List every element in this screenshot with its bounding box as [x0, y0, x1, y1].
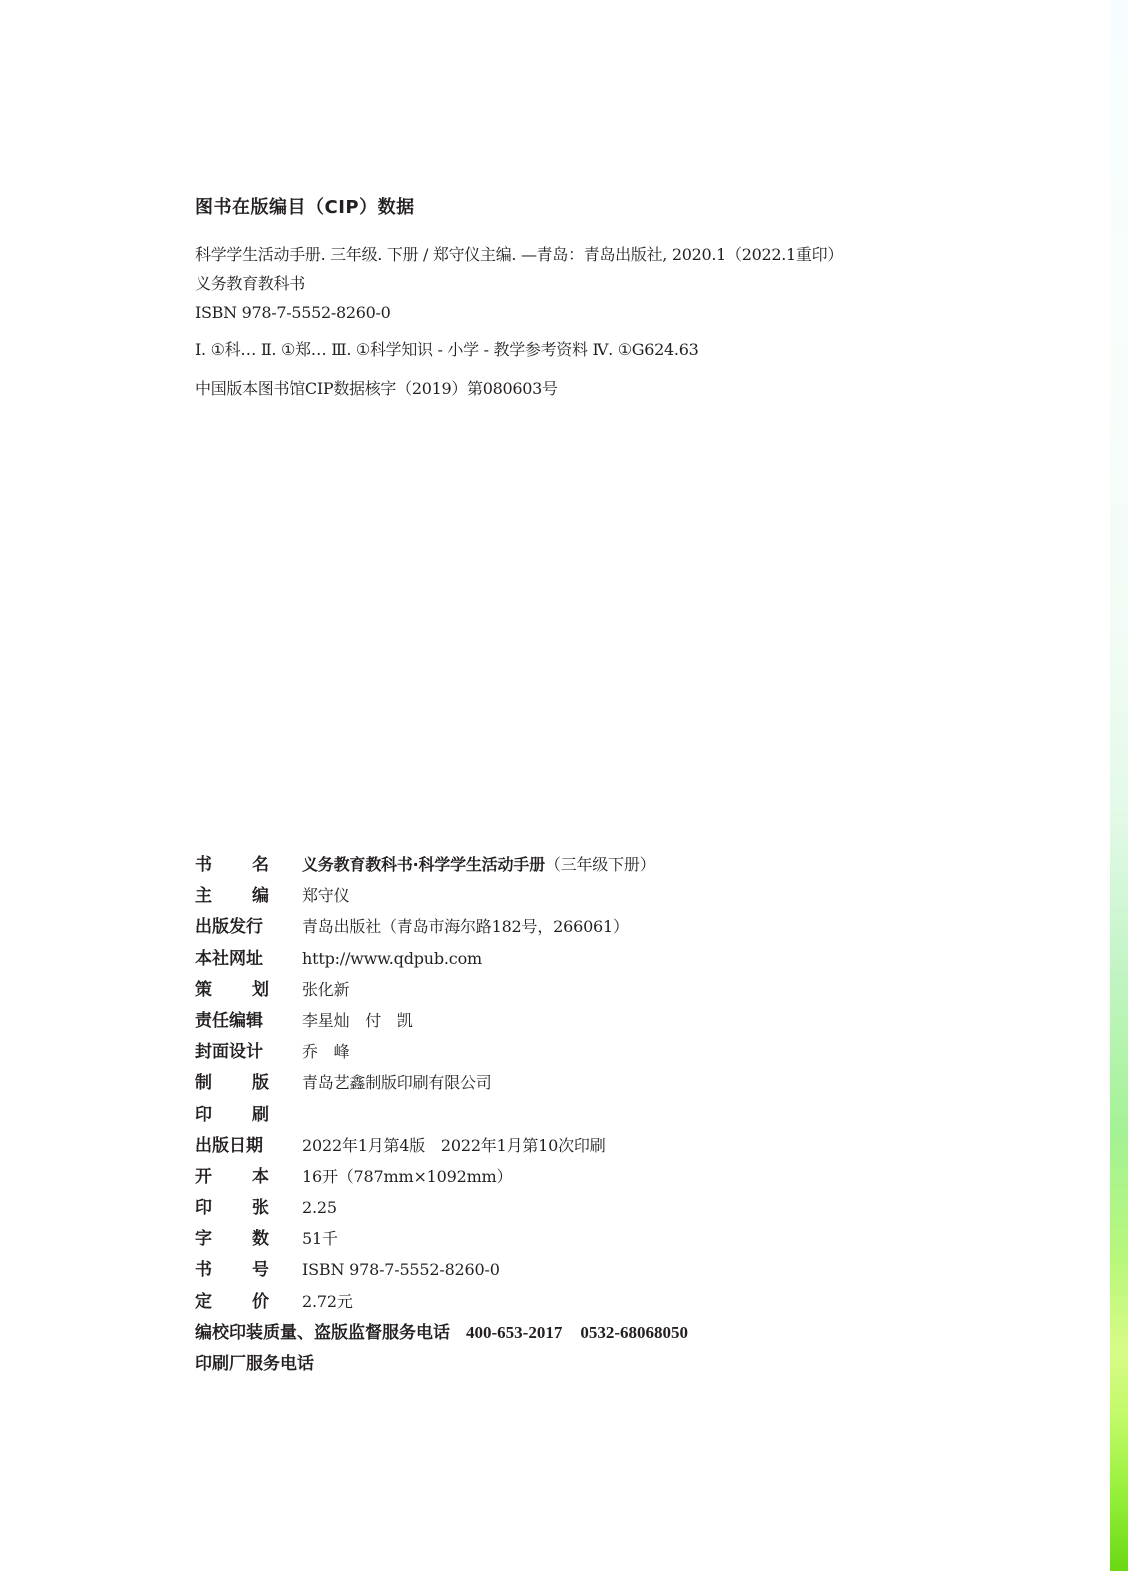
label-char: 定 — [195, 1287, 212, 1312]
colophon-row-publication-date: 出版日期 2022年1月第4版 2022年1月第10次印刷 — [195, 1131, 688, 1162]
colophon-block: 书 名 义务教育教科书·科学学生活动手册（三年级下册） 主 编 郑守仪 出版发行… — [195, 850, 688, 1380]
quality-hotline-phones: 400-653-20170532-68068050 — [466, 1323, 688, 1343]
cip-bibliographic-line: 科学学生活动手册. 三年级. 下册 / 郑守仪主编. —青岛：青岛出版社, 20… — [195, 240, 995, 269]
printer-hotline-label: 印刷厂服务电话 — [195, 1349, 314, 1374]
colophon-row-format: 开 本 16开（787mm×1092mm） — [195, 1162, 688, 1193]
colophon-label: 书 号 — [195, 1255, 269, 1280]
cip-approval-number-line: 中国版本图书馆CIP数据核字（2019）第080603号 — [195, 374, 995, 403]
colophon-value: 青岛出版社（青岛市海尔路182号，266061） — [302, 914, 629, 937]
colophon-row-plate-making: 制 版 青岛艺鑫制版印刷有限公司 — [195, 1068, 688, 1099]
label-char: 价 — [252, 1287, 269, 1312]
hotline-phone-1: 400-653-2017 — [466, 1323, 562, 1342]
label-char: 编 — [252, 881, 269, 906]
colophon-label: 责任编辑 — [195, 1006, 302, 1031]
label-char: 开 — [195, 1162, 212, 1187]
label-char: 划 — [252, 975, 269, 1000]
colophon-row-printing: 印 刷 — [195, 1100, 688, 1131]
colophon-label: 封面设计 — [195, 1037, 302, 1062]
colophon-row-price: 定 价 2.72元 — [195, 1287, 688, 1318]
cip-classification-line: Ⅰ. ①科… Ⅱ. ①郑… Ⅲ. ①科学知识 - 小学 - 教学参考资料 Ⅳ. … — [195, 335, 995, 364]
colophon-row-printer-hotline: 印刷厂服务电话 — [195, 1349, 688, 1380]
colophon-row-isbn: 书 号 ISBN 978-7-5552-8260-0 — [195, 1255, 688, 1286]
label-char: 书 — [195, 850, 212, 875]
colophon-value: 51千 — [302, 1226, 338, 1249]
colophon-value: 乔 峰 — [302, 1039, 349, 1062]
cip-title: 图书在版编目（CIP）数据 — [195, 196, 995, 220]
colophon-row-book-title: 书 名 义务教育教科书·科学学生活动手册（三年级下册） — [195, 850, 688, 881]
cip-series-line: 义务教育教科书 — [195, 269, 995, 298]
label-char: 印 — [195, 1100, 212, 1125]
label-char: 书 — [195, 1255, 212, 1280]
label-char: 名 — [252, 850, 269, 875]
book-title-bold: 义务教育教科书·科学学生活动手册 — [302, 855, 545, 874]
quality-hotline-label: 编校印装质量、盗版监督服务电话 — [195, 1318, 450, 1343]
colophon-label: 定 价 — [195, 1287, 269, 1312]
label-char: 制 — [195, 1068, 212, 1093]
colophon-label: 制 版 — [195, 1068, 269, 1093]
label-char: 策 — [195, 975, 212, 1000]
colophon-value: 张化新 — [302, 977, 349, 1000]
label-char: 数 — [252, 1224, 269, 1249]
colophon-row-website: 本社网址 http://www.qdpub.com — [195, 944, 688, 975]
cip-data-block: 图书在版编目（CIP）数据 科学学生活动手册. 三年级. 下册 / 郑守仪主编.… — [195, 196, 995, 403]
colophon-value: 2.72元 — [302, 1289, 353, 1312]
colophon-label: 出版日期 — [195, 1131, 302, 1156]
colophon-row-word-count: 字 数 51千 — [195, 1224, 688, 1255]
colophon-value: 李星灿 付 凯 — [302, 1008, 413, 1031]
colophon-row-planner: 策 划 张化新 — [195, 975, 688, 1006]
colophon-label: 出版发行 — [195, 912, 302, 937]
colophon-row-printed-sheets: 印 张 2.25 — [195, 1193, 688, 1224]
colophon-row-publisher: 出版发行 青岛出版社（青岛市海尔路182号，266061） — [195, 912, 688, 943]
label-char: 主 — [195, 881, 212, 906]
label-char: 印 — [195, 1193, 212, 1218]
colophon-label: 本社网址 — [195, 944, 302, 969]
cip-isbn-line: ISBN 978-7-5552-8260-0 — [195, 298, 995, 327]
colophon-row-editor-in-chief: 主 编 郑守仪 — [195, 881, 688, 912]
label-char: 张 — [252, 1193, 269, 1218]
colophon-value: 2.25 — [302, 1198, 337, 1217]
label-char: 刷 — [252, 1100, 269, 1125]
colophon-value: 义务教育教科书·科学学生活动手册（三年级下册） — [302, 852, 656, 875]
colophon-value: 2022年1月第4版 2022年1月第10次印刷 — [302, 1133, 606, 1156]
colophon-label: 字 数 — [195, 1224, 269, 1249]
colophon-label: 印 张 — [195, 1193, 269, 1218]
label-char: 本 — [252, 1162, 269, 1187]
green-edge-strip — [1110, 0, 1128, 1571]
hotline-phone-2: 0532-68068050 — [580, 1323, 688, 1342]
colophon-value: ISBN 978-7-5552-8260-0 — [302, 1260, 500, 1279]
colophon-label: 主 编 — [195, 881, 269, 906]
colophon-value: 青岛艺鑫制版印刷有限公司 — [302, 1070, 492, 1093]
colophon-label: 书 名 — [195, 850, 269, 875]
publisher-website-link[interactable]: http://www.qdpub.com — [302, 949, 482, 968]
label-char: 号 — [252, 1255, 269, 1280]
colophon-label: 策 划 — [195, 975, 269, 1000]
book-title-grade: （三年级下册） — [545, 855, 656, 874]
label-char: 版 — [252, 1068, 269, 1093]
colophon-row-responsible-editors: 责任编辑 李星灿 付 凯 — [195, 1006, 688, 1037]
colophon-row-cover-design: 封面设计 乔 峰 — [195, 1037, 688, 1068]
colophon-value: 郑守仪 — [302, 883, 349, 906]
colophon-row-quality-hotline: 编校印装质量、盗版监督服务电话 400-653-20170532-6806805… — [195, 1318, 688, 1349]
label-char: 字 — [195, 1224, 212, 1249]
colophon-value: 16开（787mm×1092mm） — [302, 1164, 512, 1187]
colophon-label: 开 本 — [195, 1162, 269, 1187]
colophon-label: 印 刷 — [195, 1100, 269, 1125]
